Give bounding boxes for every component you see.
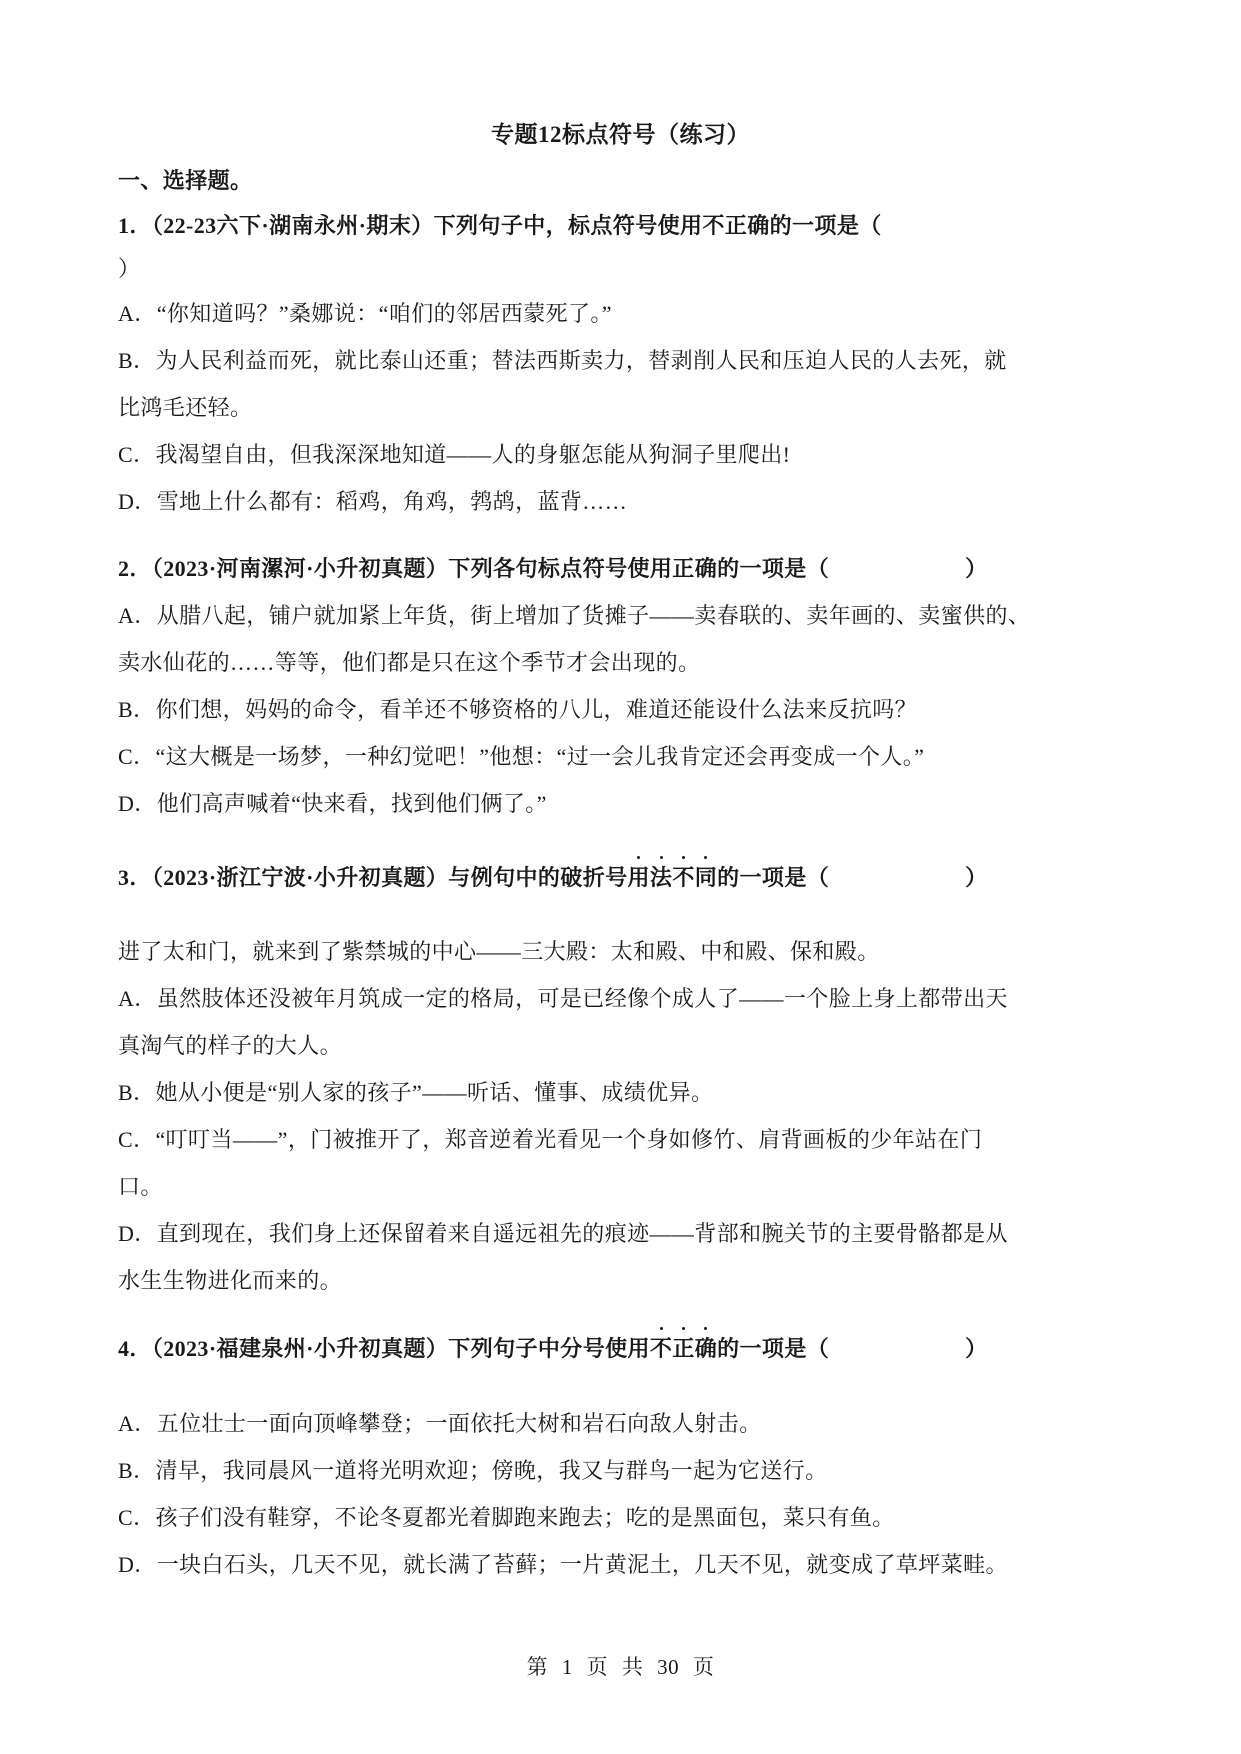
option-label: B．	[118, 1458, 155, 1483]
question-source: （2023·福建泉州·小升初真题）	[152, 1336, 448, 1361]
q2-option-b: B．你们想，妈妈的命令，看羊还不够资格的八儿，难道还能设什么法来反抗吗？	[118, 694, 917, 726]
emphasized-char: 确	[695, 1333, 717, 1365]
q3-option-c-cont: 口。	[118, 1171, 163, 1203]
page-title: 专题12标点符号（练习）	[118, 118, 1123, 152]
question-1-answer-paren: ）	[118, 253, 140, 285]
option-label: A．	[118, 1411, 157, 1436]
option-text: 我渴望自由，但我深深地知道——人的身躯怎能从狗洞子里爬出!	[155, 442, 790, 467]
q3-option-b: B．她从小便是“别人家的孩子”——听话、懂事、成绩优异。	[118, 1077, 713, 1109]
option-text: 雪地上什么都有：稻鸡，角鸡，鹁鸪，蓝背……	[157, 489, 627, 514]
q1-option-c: C．我渴望自由，但我深深地知道——人的身躯怎能从狗洞子里爬出!	[118, 439, 790, 471]
question-source: （2023·河南漯河·小升初真题）	[152, 556, 448, 581]
option-label: A．	[118, 986, 157, 1011]
question-text: 与例句中的破折号	[448, 865, 627, 890]
q2-option-a: A．从腊八起，铺户就加紧上年货，街上增加了货摊子——卖春联的、卖年画的、卖蜜供的…	[118, 600, 1030, 632]
option-label: A．	[118, 603, 157, 628]
q4-option-c: C．孩子们没有鞋穿，不论冬夏都光着脚跑来跑去；吃的是黑面包，菜只有鱼。	[118, 1502, 895, 1534]
option-text: 他们高声喊着“快来看，找到他们俩了。”	[157, 791, 547, 816]
answer-paren-close: ）	[965, 556, 987, 581]
q1-option-a: A．“你知道吗？”桑娜说：“咱们的邻居西蒙死了。”	[118, 298, 612, 330]
q3-option-c: C．“叮叮当——”，门被推开了，郑音逆着光看见一个身如修竹、肩背画板的少年站在门	[118, 1124, 982, 1156]
question-2-stem: 2．（2023·河南漯河·小升初真题）下列各句标点符号使用正确的一项是（）	[118, 553, 988, 585]
q2-option-c: C．“这大概是一场梦，一种幻觉吧！”他想：“过一会儿我肯定还会再变成一个人。”	[118, 741, 924, 773]
option-label: C．	[118, 744, 155, 769]
option-label: A．	[118, 301, 157, 326]
option-text: 从腊八起，铺户就加紧上年货，街上增加了货摊子——卖春联的、卖年画的、卖蜜供的、	[157, 603, 1031, 628]
question-number: 1．	[118, 213, 152, 238]
option-text: 她从小便是“别人家的孩子”——听话、懂事、成绩优异。	[155, 1080, 713, 1105]
question-text-end: 的一项是（	[717, 1336, 829, 1361]
emphasized-char: 正	[672, 1333, 694, 1365]
footer-prefix: 第	[527, 1655, 549, 1679]
option-label: D．	[118, 489, 157, 514]
question-number: 4．	[118, 1336, 152, 1361]
q2-option-a-cont: 卖水仙花的……等等，他们都是只在这个季节才会出现的。	[118, 647, 700, 679]
option-label: C．	[118, 1127, 155, 1152]
footer-suffix: 页	[693, 1655, 715, 1679]
option-label: D．	[118, 1221, 157, 1246]
q3-option-d: D．直到现在，我们身上还保留着来自遥远祖先的痕迹——背部和腕关节的主要骨骼都是从	[118, 1218, 1008, 1250]
q4-option-b: B．清早，我同晨风一道将光明欢迎；傍晚，我又与群鸟一起为它送行。	[118, 1455, 828, 1487]
question-text: 下列句子中，标点符号使用不正确的一项是（	[434, 213, 882, 238]
q3-example-sentence: 进了太和门，就来到了紫禁城的中心——三大殿：太和殿、中和殿、保和殿。	[118, 936, 880, 968]
q3-option-a-cont: 真淘气的样子的大人。	[118, 1030, 342, 1062]
q1-option-b: B．为人民利益而死，就比泰山还重；替法西斯卖力，替剥削人民和压迫人民的人去死，就	[118, 345, 1007, 377]
emphasized-char: 不	[672, 862, 694, 894]
section-heading: 一、选择题。	[118, 165, 252, 197]
answer-paren-close: ）	[965, 865, 987, 890]
option-text: “这大概是一场梦，一种幻觉吧！”他想：“过一会儿我肯定还会再变成一个人。”	[155, 744, 924, 769]
question-text-end: 的一项是（	[717, 865, 829, 890]
answer-paren-close: ）	[965, 1336, 987, 1361]
option-text: 清早，我同晨风一道将光明欢迎；傍晚，我又与群鸟一起为它送行。	[155, 1458, 827, 1483]
q1-option-b-cont: 比鸿毛还轻。	[118, 392, 252, 424]
page-footer: 第 1 页 共 30 页	[0, 1652, 1241, 1682]
option-label: B．	[118, 697, 155, 722]
option-text: 一块白石头，几天不见，就长满了苔藓；一片黄泥土，几天不见，就变成了草坪菜畦。	[157, 1552, 1008, 1577]
q4-option-d: D．一块白石头，几天不见，就长满了苔藓；一片黄泥土，几天不见，就变成了草坪菜畦。	[118, 1549, 1008, 1581]
footer-mid: 页 共	[587, 1655, 644, 1679]
question-text: 下列各句标点符号使用正确的一项是（	[448, 556, 829, 581]
total-page-count: 30	[657, 1655, 679, 1679]
question-number: 2．	[118, 556, 152, 581]
option-text: 五位壮士一面向顶峰攀登；一面依托大树和岩石向敌人射击。	[157, 1411, 762, 1436]
question-source: （2023·浙江宁波·小升初真题）	[152, 865, 448, 890]
option-label: D．	[118, 791, 157, 816]
question-text: 下列句子中分号使用	[448, 1336, 650, 1361]
option-text: “叮叮当——”，门被推开了，郑音逆着光看见一个身如修竹、肩背画板的少年站在门	[155, 1127, 982, 1152]
question-4-stem: 4．（2023·福建泉州·小升初真题）下列句子中分号使用不正确的一项是（）	[118, 1333, 988, 1365]
option-label: C．	[118, 442, 155, 467]
q1-option-d: D．雪地上什么都有：稻鸡，角鸡，鹁鸪，蓝背……	[118, 486, 627, 518]
question-number: 3．	[118, 865, 152, 890]
option-text: 为人民利益而死，就比泰山还重；替法西斯卖力，替剥削人民和压迫人民的人去死，就	[155, 348, 1006, 373]
option-label: B．	[118, 1080, 155, 1105]
option-text: 孩子们没有鞋穿，不论冬夏都光着脚跑来跑去；吃的是黑面包，菜只有鱼。	[155, 1505, 894, 1530]
q3-option-d-cont: 水生生物进化而来的。	[118, 1265, 342, 1297]
emphasized-char: 法	[650, 862, 672, 894]
question-source: （22-23六下·湖南永州·期末）	[152, 213, 434, 238]
emphasized-char: 同	[695, 862, 717, 894]
option-text: 虽然肢体还没被年月筑成一定的格局，可是已经像个成人了——一个脸上身上都带出天	[157, 986, 1008, 1011]
question-1-stem: 1．（22-23六下·湖南永州·期末）下列句子中，标点符号使用不正确的一项是（	[118, 210, 882, 242]
option-text: 直到现在，我们身上还保留着来自遥远祖先的痕迹——背部和腕关节的主要骨骼都是从	[157, 1221, 1008, 1246]
q2-option-d: D．他们高声喊着“快来看，找到他们俩了。”	[118, 788, 547, 820]
option-label: C．	[118, 1505, 155, 1530]
emphasized-char: 不	[650, 1333, 672, 1365]
option-label: B．	[118, 348, 155, 373]
emphasized-char: 用	[628, 862, 650, 894]
option-text: 你们想，妈妈的命令，看羊还不够资格的八儿，难道还能设什么法来反抗吗？	[155, 697, 917, 722]
current-page-number: 1	[562, 1655, 573, 1679]
q3-option-a: A．虽然肢体还没被年月筑成一定的格局，可是已经像个成人了——一个脸上身上都带出天	[118, 983, 1008, 1015]
option-text: “你知道吗？”桑娜说：“咱们的邻居西蒙死了。”	[157, 301, 612, 326]
q4-option-a: A．五位壮士一面向顶峰攀登；一面依托大树和岩石向敌人射击。	[118, 1408, 762, 1440]
question-3-stem: 3．（2023·浙江宁波·小升初真题）与例句中的破折号用法不同的一项是（）	[118, 862, 988, 894]
option-label: D．	[118, 1552, 157, 1577]
